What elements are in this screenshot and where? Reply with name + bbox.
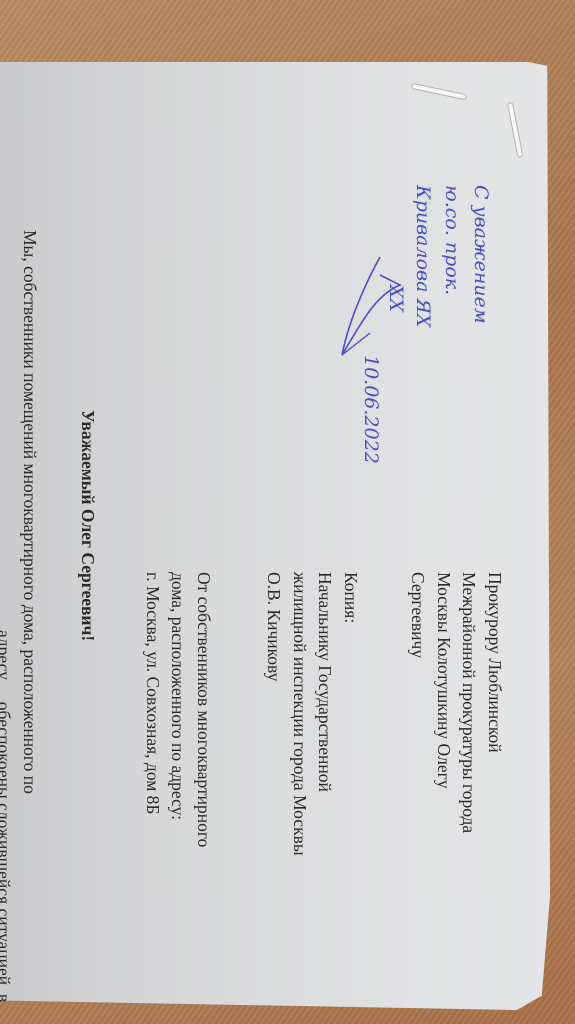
handwritten-date: 10.06.2022 xyxy=(356,355,385,464)
signature-icon xyxy=(330,255,410,365)
copy-line: жилищной инспекции города Москвы xyxy=(287,572,313,856)
addressee-line: Москвы Колотушкину Олегу xyxy=(431,572,457,833)
note-line: ю.со. прок. xyxy=(437,185,466,327)
sender-line: дома, расположенного по адресу: xyxy=(165,572,191,847)
sender-line: От собственников многоквартирного xyxy=(191,572,217,847)
addressee-block: Прокурору Люблинской Межрайонной прокура… xyxy=(405,572,507,833)
addressee-line: Прокурору Люблинской xyxy=(482,572,508,833)
addressee-line: Сергеевичу xyxy=(405,572,431,833)
handwritten-note: С уважением ю.со. прок. Кривалова ЯХ xyxy=(408,185,495,327)
copy-line: О.В. Кичикову xyxy=(261,572,287,856)
salutation: Уважаемый Олег Сергеевич! xyxy=(75,410,101,641)
copy-block: Копия: Начальнику Государственной жилищн… xyxy=(261,572,363,856)
addressee-line: Межрайонной прокуратуры города xyxy=(456,572,482,833)
body-line: адресу ... обеспокоены сложившейся ситуа… xyxy=(0,230,17,1002)
note-line: Кривалова ЯХ xyxy=(408,185,437,327)
sender-line: г. Москва, ул. Совхозная, дом 8Б xyxy=(140,572,166,847)
sender-block: От собственников многоквартирного дома, … xyxy=(140,572,217,847)
body-text: Мы, собственники помещений многоквартирн… xyxy=(0,230,42,1002)
copy-line: Начальнику Государственной xyxy=(312,572,338,856)
note-line: С уважением xyxy=(466,185,495,327)
body-line: Мы, собственники помещений многоквартирн… xyxy=(17,230,43,1002)
copy-line: Копия: xyxy=(338,572,364,856)
